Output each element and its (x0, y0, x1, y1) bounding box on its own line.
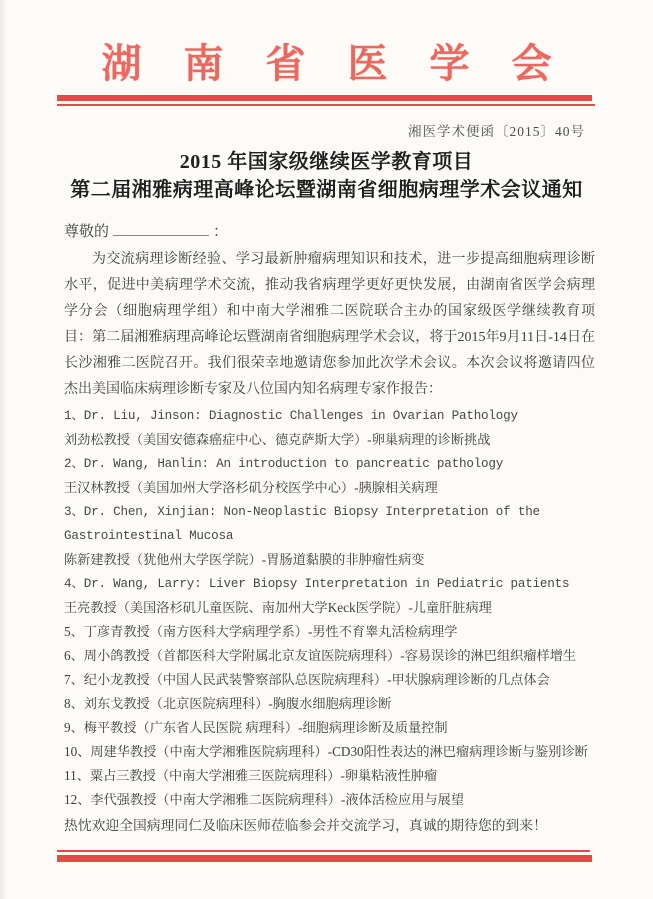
speaker-line-cn: 7、纪小龙教授（中国人民武装警察部队总医院病理科）-甲状腺病理诊断的几点体会 (64, 668, 595, 692)
speaker-item: 7、纪小龙教授（中国人民武装警察部队总医院病理科）-甲状腺病理诊断的几点体会 (64, 668, 595, 692)
speaker-line-cn: 6、周小鸽教授（首都医科大学附属北京友谊医院病理科）-容易误诊的淋巴组织瘤样增生 (64, 644, 595, 668)
document-page: 湖南省医学会 湘医学术便函〔2015〕40号 2015 年国家级继续医学教育项目… (0, 0, 653, 899)
letterhead-rule-thin (57, 104, 595, 106)
speaker-line-cn: 王亮教授（美国洛杉矶儿童医院、南加州大学Keck医学院）-儿童肝脏病理 (64, 596, 595, 620)
speaker-topic-en: 3、Dr. Chen, Xinjian: Non-Neoplastic Biop… (64, 500, 595, 548)
speaker-item: 2、Dr. Wang, Hanlin: An introduction to p… (64, 452, 595, 500)
speaker-line-cn: 10、周建华教授（中南大学湘雅医院病理科）-CD30阳性表达的淋巴瘤病理诊断与鉴… (64, 740, 595, 764)
speaker-line-cn: 刘劲松教授（美国安德森癌症中心、德克萨斯大学）-卵巢病理的诊断挑战 (64, 428, 595, 452)
salutation-blank-line (113, 222, 209, 236)
org-name-text: 湖南省医学会 (102, 36, 594, 92)
speaker-item: 8、刘东戈教授（北京医院病理科）-胸腹水细胞病理诊断 (64, 692, 595, 716)
letterhead-rule-thick (57, 95, 592, 101)
title-line-1: 2015 年国家级继续医学教育项目 (0, 148, 653, 176)
speaker-topic-en: 2、Dr. Wang, Hanlin: An introduction to p… (64, 452, 595, 476)
speaker-item: 6、周小鸽教授（首都医科大学附属北京友谊医院病理科）-容易误诊的淋巴组织瘤样增生 (64, 644, 595, 668)
intro-paragraph: 为交流病理诊断经验、学习最新肿瘤病理知识和技术，进一步提高细胞病理诊断水平，促进… (64, 247, 595, 403)
speaker-line-cn: 陈新建教授（犹他州大学医学院）-胃肠道黏膜的非肿瘤性病变 (64, 548, 595, 572)
footer-rule-thick (57, 855, 592, 862)
speaker-line-cn: 9、梅平教授（广东省人民医院 病理科）-细胞病理诊断及质量控制 (64, 716, 595, 740)
doc-number: 湘医学术便函〔2015〕40号 (0, 120, 653, 140)
speaker-item: 1、Dr. Liu, Jinson: Diagnostic Challenges… (64, 404, 595, 452)
title-line-2: 第二届湘雅病理高峰论坛暨湖南省细胞病理学术会议通知 (0, 176, 653, 204)
salutation-colon: ： (213, 224, 228, 240)
speaker-item: 10、周建华教授（中南大学湘雅医院病理科）-CD30阳性表达的淋巴瘤病理诊断与鉴… (64, 740, 595, 764)
speaker-topic-en: 1、Dr. Liu, Jinson: Diagnostic Challenges… (64, 404, 595, 428)
speaker-list: 1、Dr. Liu, Jinson: Diagnostic Challenges… (64, 404, 595, 812)
speaker-line-cn: 12、李代强教授（中南大学湘雅二医院病理科）-液体活检应用与展望 (64, 788, 595, 812)
speaker-item: 3、Dr. Chen, Xinjian: Non-Neoplastic Biop… (64, 500, 595, 572)
speaker-item: 4、Dr. Wang, Larry: Liver Biopsy Interpre… (64, 572, 595, 620)
speaker-item: 11、粟占三教授（中南大学湘雅三医院病理科）-卵巢粘液性肿瘤 (64, 764, 595, 788)
salutation-prefix: 尊敬的 (64, 224, 109, 240)
speaker-item: 9、梅平教授（广东省人民医院 病理科）-细胞病理诊断及质量控制 (64, 716, 595, 740)
speaker-line-cn: 王汉林教授（美国加州大学洛杉矶分校医学中心）-胰腺相关病理 (64, 476, 595, 500)
footer-rule-thin (57, 850, 590, 852)
title-block: 2015 年国家级继续医学教育项目 第二届湘雅病理高峰论坛暨湖南省细胞病理学术会… (0, 148, 653, 204)
speaker-line-cn: 11、粟占三教授（中南大学湘雅三医院病理科）-卵巢粘液性肿瘤 (64, 764, 595, 788)
org-name: 湖南省医学会 (0, 36, 653, 92)
letter-body: 尊敬的： 为交流病理诊断经验、学习最新肿瘤病理知识和技术，进一步提高细胞病理诊断… (0, 220, 653, 838)
salutation: 尊敬的： (64, 220, 595, 241)
speaker-topic-en: 4、Dr. Wang, Larry: Liver Biopsy Interpre… (64, 572, 595, 596)
speaker-item: 12、李代强教授（中南大学湘雅二医院病理科）-液体活检应用与展望 (64, 788, 595, 812)
speaker-item: 5、丁彦青教授（南方医科大学病理学系）-男性不育睾丸活检病理学 (64, 620, 595, 644)
footer-rules (0, 850, 653, 862)
letterhead: 湖南省医学会 湘医学术便函〔2015〕40号 (0, 0, 653, 140)
closing-line: 热忱欢迎全国病理同仁及临床医师莅临参会并交流学习，真诚的期待您的到来！ (64, 814, 595, 838)
speaker-line-cn: 8、刘东戈教授（北京医院病理科）-胸腹水细胞病理诊断 (64, 692, 595, 716)
speaker-line-cn: 5、丁彦青教授（南方医科大学病理学系）-男性不育睾丸活检病理学 (64, 620, 595, 644)
